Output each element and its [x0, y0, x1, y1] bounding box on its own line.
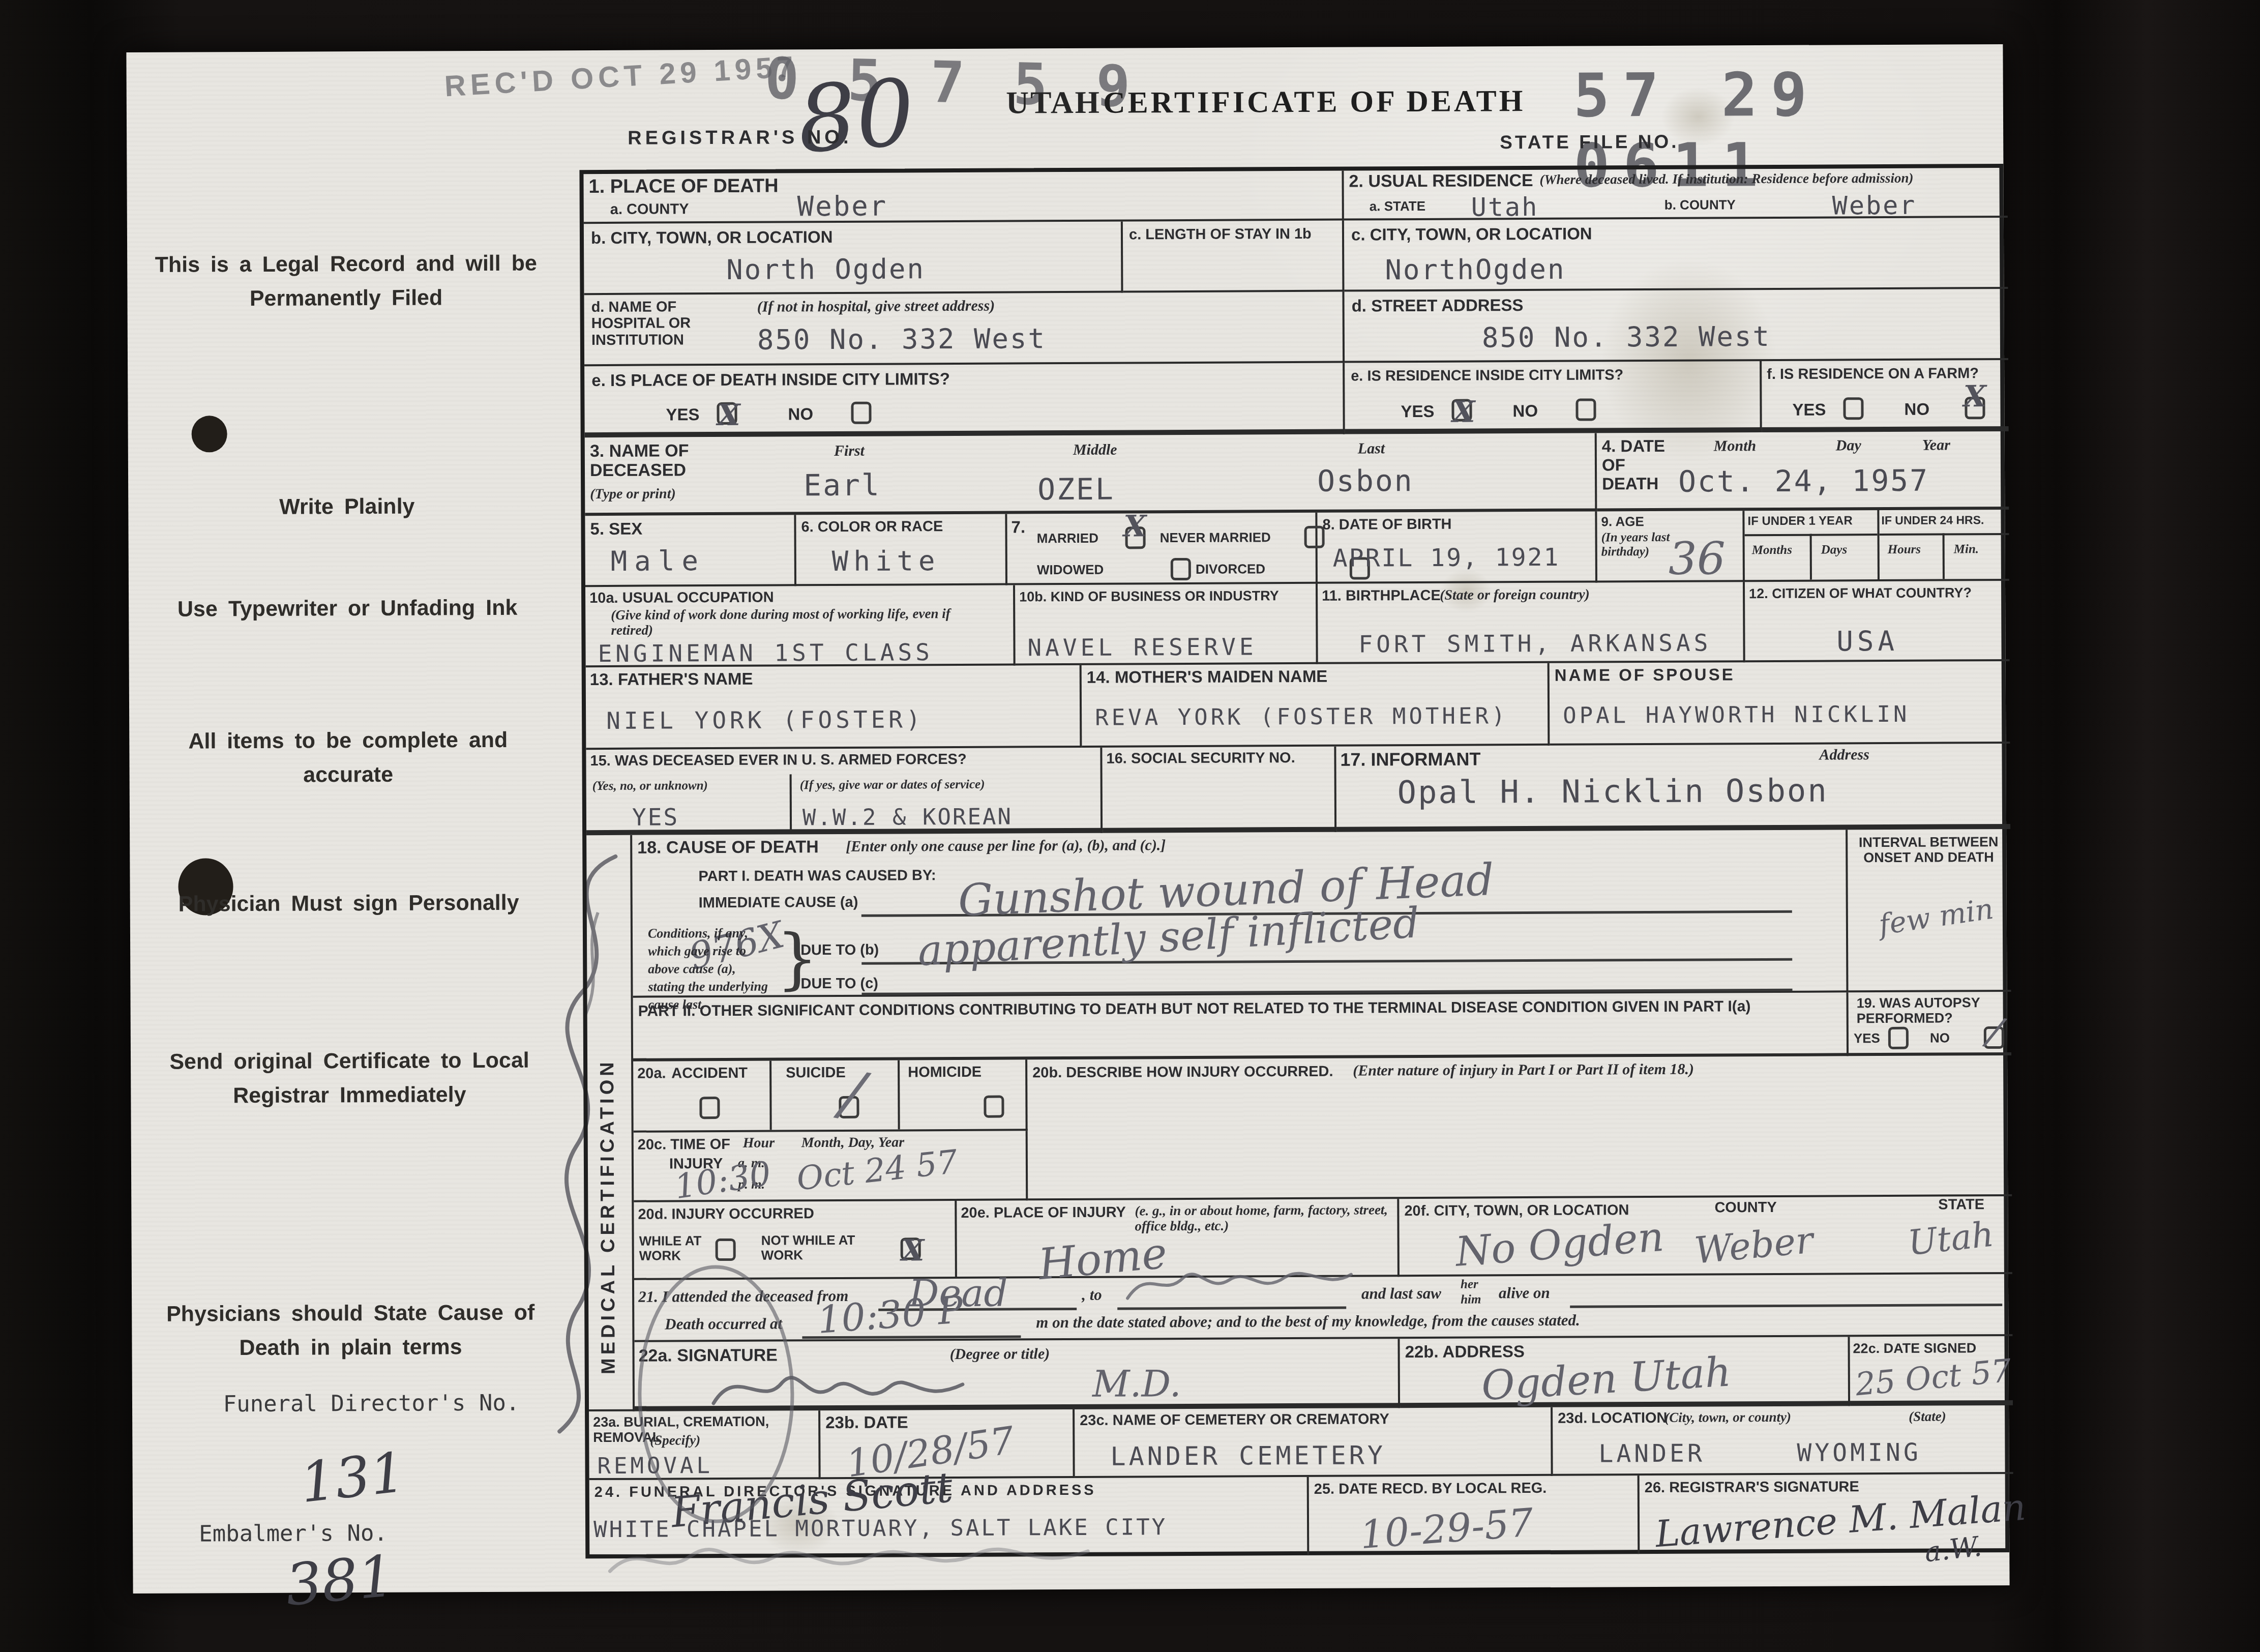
- location-state-note: (State): [1909, 1408, 1946, 1424]
- field-length-of-stay: c. LENGTH OF STAY IN 1b: [1123, 221, 1345, 293]
- checkbox-autopsy-no: /: [1984, 1026, 2004, 1049]
- s20a-label: 20a.: [637, 1065, 666, 1082]
- street-address-label: d. STREET ADDRESS: [1352, 296, 1524, 315]
- pen-flourish: [619, 1251, 813, 1537]
- field-attended-statement: 21. I attended the deceased from , to an…: [634, 1274, 2013, 1342]
- usual-residence-note: (Where deceased lived. If institution: R…: [1539, 170, 1997, 187]
- divorced-label: DIVORCED: [1196, 562, 1265, 577]
- first-name-header: First: [834, 442, 865, 460]
- armed-forces-label: 15. WAS DECEASED EVER IN U. S. ARMED FOR…: [590, 751, 966, 770]
- form-title: UTAH CERTIFICATE OF DEATH: [981, 83, 1551, 122]
- death-city-limits-label: e. IS PLACE OF DEATH INSIDE CITY LIMITS?: [591, 370, 950, 390]
- registrar-initials-handwritten: a.W.: [1923, 1530, 1983, 1568]
- accident-label: ACCIDENT: [671, 1065, 748, 1082]
- yes-label: YES: [1854, 1031, 1880, 1046]
- location-state-value: WYOMING: [1797, 1438, 1921, 1467]
- attended-to-text: , to: [1082, 1286, 1102, 1304]
- yes-label: YES: [666, 405, 699, 424]
- field-marital-status: 7. MARRIED X NEVER MARRIED WIDOWED DIVOR…: [1007, 513, 1318, 585]
- funeral-directors-no-value: 131: [297, 1440, 408, 1515]
- medical-certification-label: MEDICAL CERTIFICATION: [596, 866, 619, 1374]
- field-date-signed: 22c. DATE SIGNED 25 Oct 57: [1850, 1336, 2013, 1406]
- min-header: Min.: [1954, 542, 1979, 556]
- informant-label: 17. INFORMANT: [1340, 749, 1480, 770]
- field-sex: 5. SEX Male: [585, 515, 796, 587]
- married-label: MARRIED: [1037, 531, 1098, 546]
- date-received-handwritten: 10-29-57: [1358, 1499, 1535, 1557]
- mothers-maiden-name-value: REVA YORK (FOSTER MOTHER): [1095, 703, 1508, 731]
- informant-address-label: Address: [1819, 746, 1869, 763]
- field-cause-of-death: 18. CAUSE OF DEATH [Enter only one cause…: [632, 830, 1848, 997]
- field-date-of-birth: 8. DATE OF BIRTH APRIL 19, 1921: [1317, 511, 1597, 583]
- field-interval-onset-death: INTERVAL BETWEEN ONSET AND DEATH few min: [1848, 829, 2011, 992]
- date-received-label: 25. DATE RECD. BY LOCAL REG.: [1314, 1480, 1547, 1497]
- middle-name-value: OZEL: [1037, 472, 1115, 507]
- no-label: NO: [1930, 1030, 1950, 1045]
- war-service-value: W.W.2 & KOREAN: [802, 804, 1013, 831]
- armed-forces-value: YES: [632, 803, 679, 831]
- informant-value: Opal H. Nicklin Osbon: [1397, 772, 1828, 811]
- injury-city-handwritten: No Ogden: [1454, 1213, 1666, 1276]
- spouse-label: NAME OF SPOUSE: [1555, 665, 1735, 685]
- field-social-security: 16. SOCIAL SECURITY NO.: [1102, 747, 1336, 833]
- occupation-note: (Give kind of work done during most of w…: [611, 606, 987, 638]
- checkbox-not-while-at-work: X: [901, 1237, 921, 1260]
- hospital-label: d. NAME OF HOSPITAL OR INSTITUTION: [591, 299, 744, 349]
- her-text: her: [1461, 1277, 1478, 1291]
- month-header: Month: [1714, 437, 1757, 455]
- registrar-no-label: REGISTRAR'S NO.: [628, 127, 852, 149]
- date-of-birth-label: 8. DATE OF BIRTH: [1322, 516, 1451, 534]
- county-value: Weber: [797, 190, 888, 223]
- autopsy-label: 19. WAS AUTOPSY PERFORMED?: [1857, 995, 2004, 1026]
- part2-label: PART II. OTHER SIGNIFICANT CONDITIONS CO…: [638, 997, 1833, 1020]
- address-label: 22b. ADDRESS: [1405, 1342, 1525, 1362]
- occupation-label: 10a. USUAL OCCUPATION: [589, 589, 774, 607]
- date-signed-label: 22c. DATE SIGNED: [1853, 1340, 1976, 1356]
- field-if-under-1-year: IF UNDER 1 YEAR Months Days: [1744, 510, 1880, 582]
- margin-note-legal-record: This is a Legal Record and will be Perma…: [147, 246, 545, 316]
- fathers-name-label: 13. FATHER'S NAME: [590, 670, 753, 689]
- place-of-death-title: 1. PLACE OF DEATH: [588, 175, 778, 197]
- due-to-b-label: DUE TO (b): [800, 942, 879, 959]
- yes-label: YES: [1792, 400, 1826, 419]
- city-of-death-value: North Ogden: [726, 253, 925, 286]
- checkbox-homicide: [984, 1096, 1004, 1118]
- check-mark: X: [717, 398, 740, 432]
- date-of-death-label: 4. DATE OF DEATH: [1602, 437, 1668, 493]
- marital-label: 7.: [1011, 518, 1025, 537]
- title-certificate-of-death: CERTIFICATE OF DEATH: [1103, 84, 1525, 120]
- under-1-year-label: IF UNDER 1 YEAR: [1747, 514, 1852, 528]
- scanned-death-certificate: { "common": {"yes":"YES","no":"NO"}, "ma…: [0, 0, 2260, 1652]
- day-header: Day: [1836, 437, 1861, 454]
- checkbox-death-city-limits-yes: X: [717, 402, 737, 425]
- street-address-value: 850 No. 332 West: [1482, 320, 1771, 353]
- due-to-c-label: DUE TO (c): [800, 976, 878, 992]
- field-citizen: 12. CITIZEN OF WHAT COUNTRY? USA: [1745, 581, 2010, 662]
- type-or-print-note: (Type or print): [590, 486, 676, 502]
- residence-county-value: Weber: [1832, 191, 1917, 221]
- hospital-value: 850 No. 332 West: [757, 322, 1046, 356]
- sex-value: Male: [611, 545, 705, 577]
- injury-state-handwritten: Utah: [1906, 1214, 1996, 1263]
- color-or-race-value: White: [832, 545, 940, 577]
- field-physician-address: 22b. ADDRESS Ogden Utah: [1400, 1337, 1850, 1408]
- injury-county-label: COUNTY: [1714, 1199, 1777, 1216]
- name-of-deceased-label: 3. NAME OF DECEASED: [590, 441, 722, 480]
- checkbox-autopsy-yes: [1888, 1027, 1909, 1049]
- date-of-death-value: Oct. 24, 1957: [1678, 463, 1929, 499]
- residence-city-value: NorthOgden: [1385, 253, 1565, 286]
- field-age: 9. AGE (In years last birthday) 36: [1597, 511, 1745, 582]
- state-value: Utah: [1471, 192, 1539, 222]
- no-label: NO: [1512, 402, 1538, 421]
- describe-injury-note: (Enter nature of injury in Part I or Par…: [1353, 1061, 1694, 1080]
- field-name-of-deceased: 3. NAME OF DECEASED (Type or print) Firs…: [585, 433, 1597, 516]
- injury-city-label: 20f. CITY, TOWN, OR LOCATION: [1404, 1202, 1629, 1219]
- checkbox-residence-farm-yes: [1843, 397, 1863, 420]
- fathers-name-value: NIEL YORK (FOSTER): [606, 705, 924, 734]
- field-if-under-24-hrs: IF UNDER 24 HRS. Hours Min.: [1879, 510, 2009, 581]
- yes-label: YES: [1401, 402, 1434, 421]
- birthplace-value: FORT SMITH, ARKANSAS: [1358, 629, 1711, 658]
- field-residence-farm: f. IS RESIDENCE ON A FARM? YES NO X: [1762, 360, 2009, 432]
- field-name-of-spouse: NAME OF SPOUSE OPAL HAYWORTH NICKLIN: [1550, 661, 2010, 746]
- funeral-directors-no-label: Funeral Director's No.: [214, 1389, 529, 1419]
- age-value: 36: [1669, 532, 1726, 584]
- state-label: a. STATE: [1370, 199, 1425, 214]
- injury-state-label: STATE: [1938, 1196, 1984, 1213]
- field-describe-injury: 20b. DESCRIBE HOW INJURY OCCURRED. (Ente…: [1027, 1055, 2012, 1200]
- margin-note-write-plainly: Write Plainly: [148, 489, 545, 524]
- field-residence-city: c. CITY, TOWN, OR LOCATION NorthOgden: [1344, 218, 2008, 292]
- suicide-label: SUICIDE: [786, 1065, 846, 1081]
- checkbox-accident: [699, 1097, 720, 1119]
- city-of-death-label: b. CITY, TOWN, OR LOCATION: [591, 228, 833, 248]
- time-of-injury-label: 20c. TIME OF: [638, 1136, 730, 1153]
- field-armed-forces: 15. WAS DECEASED EVER IN U. S. ARMED FOR…: [586, 748, 1103, 835]
- date-signed-handwritten: 25 Oct 57: [1854, 1352, 2013, 1403]
- field-usual-residence: 2. USUAL RESIDENCE (Where deceased lived…: [1344, 168, 2007, 221]
- field-part2-conditions: PART II. OTHER SIGNIFICANT CONDITIONS CO…: [633, 992, 1849, 1061]
- never-married-label: NEVER MARRIED: [1160, 530, 1271, 545]
- sex-label: 5. SEX: [590, 520, 642, 539]
- margin-note-typewriter: Use Typewriter or Unfading Ink: [149, 591, 546, 626]
- field-mothers-maiden-name: 14. MOTHER'S MAIDEN NAME REVA YORK (FOST…: [1082, 663, 1550, 748]
- injury-date-handwritten: Oct 24 57: [795, 1143, 960, 1198]
- knowledge-text: m on the date stated above; and to the b…: [1036, 1310, 2002, 1332]
- field-accident-suicide-homicide: 20a. ACCIDENT SUICIDE HOMICIDE /: [633, 1059, 1028, 1132]
- field-injury-city: 20f. CITY, TOWN, OR LOCATION COUNTY STAT…: [1399, 1196, 2012, 1277]
- birthplace-note: (State or foreign country): [1440, 587, 1590, 604]
- check-mark: X: [1123, 509, 1146, 543]
- date-of-birth-value: APRIL 19, 1921: [1333, 543, 1560, 573]
- field-informant: 17. INFORMANT Address Opal H. Nicklin Os…: [1336, 744, 2010, 832]
- interval-label: INTERVAL BETWEEN ONSET AND DEATH: [1855, 834, 2002, 866]
- last-name-value: Osbon: [1317, 463, 1414, 498]
- injury-occurred-label: 20d. INJURY OCCURRED: [638, 1205, 814, 1223]
- last-name-header: Last: [1358, 440, 1385, 457]
- middle-name-header: Middle: [1073, 441, 1117, 459]
- cause-of-death-label: 18. CAUSE OF DEATH: [637, 837, 819, 858]
- cemetery-value: LANDER CEMETERY: [1110, 1440, 1386, 1471]
- residence-county-label: b. COUNTY: [1664, 197, 1736, 213]
- checkbox-married: X: [1125, 526, 1145, 549]
- checkbox-death-city-limits-no: [851, 402, 872, 424]
- county-label: a. COUNTY: [610, 201, 689, 218]
- hospital-note: (If not in hospital, give street address…: [757, 298, 995, 316]
- alive-on-text: alive on: [1499, 1284, 1550, 1302]
- no-label: NO: [788, 405, 813, 424]
- received-date-stamp: REC'D OCT 29 1957: [443, 49, 798, 103]
- field-cemetery-location: 23d. LOCATION (City, town, or county) (S…: [1553, 1405, 2013, 1476]
- place-of-injury-note: (e. g., in or about home, farm, factory,…: [1135, 1202, 1389, 1234]
- part1-label: PART I. DEATH WAS CAUSED BY:: [698, 867, 936, 885]
- location-city-value: LANDER: [1598, 1439, 1705, 1468]
- length-of-stay-label: c. LENGTH OF STAY IN 1b: [1129, 226, 1332, 243]
- certificate-form: 1. PLACE OF DEATH a. COUNTY Weber 2. USU…: [579, 164, 2009, 1558]
- social-security-label: 16. SOCIAL SECURITY NO.: [1106, 750, 1325, 767]
- interval-value-handwritten: few min: [1877, 893, 1996, 942]
- field-color-or-race: 6. COLOR OR RACE White: [796, 514, 1007, 586]
- certificate-paper: REC'D OCT 29 1957 0 5 7 5 9 80 REGISTRAR…: [126, 44, 2009, 1594]
- field-business-industry: 10b. KIND OF BUSINESS OR INDUSTRY NAVEL …: [1015, 584, 1318, 666]
- immediate-cause-label: IMMEDIATE CAUSE (a): [699, 894, 858, 911]
- mothers-maiden-name-label: 14. MOTHER'S MAIDEN NAME: [1087, 667, 1328, 687]
- business-industry-value: NAVEL RESERVE: [1027, 633, 1257, 661]
- field-death-city-limits: e. IS PLACE OF DEATH INSIDE CITY LIMITS?…: [584, 363, 1345, 438]
- check-mark: X: [1964, 379, 1986, 414]
- birthplace-label: 11. BIRTHPLACE: [1322, 587, 1441, 604]
- check-mark: X: [901, 1233, 924, 1267]
- check-mark: X: [1452, 394, 1475, 429]
- injury-county-handwritten: Weber: [1692, 1219, 1815, 1272]
- residence-city-label: c. CITY, TOWN, OR LOCATION: [1351, 224, 1592, 244]
- margin-note-complete-accurate: All items to be complete and accurate: [150, 723, 547, 792]
- armed-forces-note1: (Yes, no, or unknown): [592, 779, 708, 793]
- field-fathers-name: 13. FATHER'S NAME NIEL YORK (FOSTER): [586, 665, 1082, 750]
- attended-to-scrawl: [1122, 1262, 1356, 1309]
- hours-header: Hours: [1888, 543, 1921, 557]
- checkbox-widowed: [1171, 558, 1191, 580]
- registrar-signature-label: 26. REGISTRAR'S SIGNATURE: [1645, 1479, 1859, 1496]
- embalmers-no-value: 381: [283, 1543, 397, 1619]
- spouse-value: OPAL HAYWORTH NICKLIN: [1563, 701, 1910, 729]
- cemetery-label: 23c. NAME OF CEMETERY OR CREMATORY: [1080, 1411, 1389, 1429]
- citizen-label: 12. CITIZEN OF WHAT COUNTRY?: [1749, 585, 2003, 601]
- him-text: him: [1461, 1292, 1481, 1307]
- field-city-of-death: b. CITY, TOWN, OR LOCATION North Ogden: [584, 222, 1123, 296]
- no-label: NO: [1904, 400, 1929, 419]
- field-date-of-death: 4. DATE OF DEATH Month Day Year Oct. 24,…: [1597, 431, 2009, 512]
- field-date-received: 25. DATE RECD. BY LOCAL REG. 10-29-57: [1309, 1476, 1640, 1555]
- residence-city-limits-label: e. IS RESIDENCE INSIDE CITY LIMITS?: [1351, 367, 1623, 385]
- location-label: 23d. LOCATION: [1558, 1410, 1668, 1427]
- state-file-no-label: STATE FILE NO.: [1500, 131, 1679, 153]
- location-note: (City, town, or county): [1664, 1409, 1791, 1425]
- field-street-address: d. STREET ADDRESS 850 No. 332 West: [1344, 289, 2008, 363]
- under-24-hrs-label: IF UNDER 24 HRS.: [1881, 514, 1984, 527]
- burial-date-label: 23b. DATE: [825, 1413, 908, 1432]
- registrar-number-handwritten: 80: [794, 60, 918, 174]
- usual-residence-title: 2. USUAL RESIDENCE: [1349, 171, 1533, 191]
- field-time-of-injury: 20c. TIME OF INJURY Hour a. m. p. m. Mon…: [634, 1131, 1028, 1202]
- funeral-director-signature2-scrawl: [605, 1531, 1093, 1589]
- checkbox-suicide: /: [839, 1096, 859, 1118]
- citizen-value: USA: [1836, 625, 1898, 658]
- punch-hole: [192, 416, 227, 452]
- days-header: Days: [1821, 543, 1848, 557]
- year-header: Year: [1922, 436, 1950, 454]
- first-name-value: Earl: [804, 468, 881, 503]
- cause-of-death-note: [Enter only one cause per line for (a), …: [846, 837, 1166, 855]
- business-industry-label: 10b. KIND OF BUSINESS OR INDUSTRY: [1019, 588, 1304, 605]
- checkbox-residence-farm-no: X: [1965, 397, 1985, 419]
- field-residence-city-limits: e. IS RESIDENCE INSIDE CITY LIMITS? YES …: [1345, 361, 1762, 434]
- widowed-label: WIDOWED: [1037, 563, 1104, 578]
- field-registrar-signature: 26. REGISTRAR'S SIGNATURE Lawrence M. Ma…: [1640, 1474, 2014, 1554]
- field-cemetery: 23c. NAME OF CEMETERY OR CREMATORY LANDE…: [1075, 1407, 1553, 1478]
- age-label: 9. AGE: [1601, 514, 1644, 529]
- mdy-header: Month, Day, Year: [801, 1134, 904, 1150]
- field-usual-occupation: 10a. USUAL OCCUPATION (Give kind of work…: [585, 585, 1016, 667]
- place-of-injury-label: 20e. PLACE OF INJURY: [961, 1204, 1126, 1222]
- field-hospital-name: d. NAME OF HOSPITAL OR INSTITUTION (If n…: [584, 292, 1345, 367]
- color-or-race-label: 6. COLOR OR RACE: [801, 518, 943, 536]
- war-service-note: (If yes, give war or dates of service): [800, 777, 1095, 793]
- homicide-label: HOMICIDE: [908, 1064, 982, 1081]
- occupation-value: ENGINEMAN 1ST CLASS: [598, 638, 933, 667]
- hour-header: Hour: [743, 1135, 775, 1152]
- field-place-of-death: 1. PLACE OF DEATH a. COUNTY Weber: [583, 171, 1344, 224]
- describe-injury-label: 20b. DESCRIBE HOW INJURY OCCURRED.: [1032, 1064, 1333, 1081]
- title-utah: UTAH: [1006, 85, 1101, 121]
- last-saw-text: and last saw: [1361, 1285, 1441, 1303]
- field-birthplace: 11. BIRTHPLACE (State or foreign country…: [1318, 582, 1745, 664]
- degree-value-handwritten: M.D.: [1092, 1362, 1181, 1405]
- checkbox-residence-city-limits-yes: X: [1451, 399, 1472, 422]
- field-autopsy: 19. WAS AUTOPSY PERFORMED? YES NO /: [1849, 992, 2012, 1056]
- embalmers-no-label: Embalmer's No.: [199, 1520, 388, 1547]
- checkbox-residence-city-limits-no: [1576, 398, 1596, 421]
- months-header: Months: [1752, 543, 1792, 557]
